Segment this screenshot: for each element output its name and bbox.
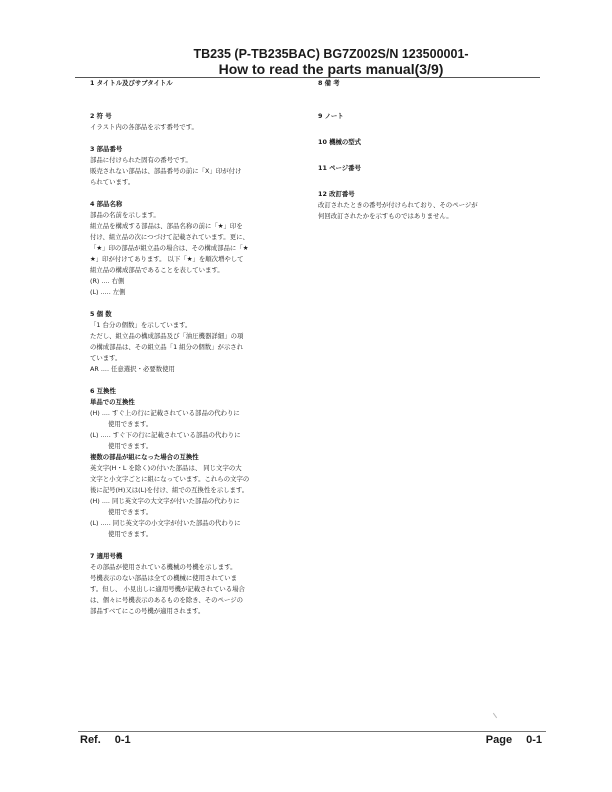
- section-text: 文字と小文字ごとに組になっています。これらの文字の: [90, 474, 310, 485]
- section-text: ただし、組立品の構成部品及び「油圧機器詳細」の項: [90, 331, 310, 342]
- section-3: 3 部品番号 部品に付けられた固有の番号です。 販売されない部品は、部品番号の前…: [90, 144, 310, 188]
- section-title: 10 機械の型式: [318, 137, 538, 148]
- footer-page: Page0-1: [486, 734, 542, 746]
- section-1: 1 タイトル及びサブタイトル: [90, 78, 310, 89]
- subsection-title: 単品での互換性: [90, 397, 310, 408]
- ref-value: 0-1: [115, 734, 131, 746]
- section-text: 「1 台分の個数」を示しています。: [90, 320, 310, 331]
- section-7: 7 適用号機 その部品が使用されている機械の号機を示します。 号機表示のない部品…: [90, 551, 310, 617]
- section-title: 7 適用号機: [90, 551, 310, 562]
- subsection-title: 複数の部品が組になった場合の互換性: [90, 452, 310, 463]
- section-text: 号機表示のない部品は全ての機械に使用されていま: [90, 573, 310, 584]
- section-text: 部品の名前を示します。: [90, 210, 310, 221]
- section-text: られています。: [90, 177, 310, 188]
- section-text: 部品すべてにこの号機が適用されます。: [90, 606, 310, 617]
- ref-label: Ref.: [80, 734, 101, 746]
- section-text: す。但し、 小見出しに適用号機が記載されている場合: [90, 584, 310, 595]
- section-5: 5 個 数 「1 台分の個数」を示しています。 ただし、組立品の構成部品及び「油…: [90, 309, 310, 375]
- section-6: 6 互換性 単品での互換性 (H) .... すぐ上の行に記載されている部品の代…: [90, 386, 310, 540]
- section-text: ています。: [90, 353, 310, 364]
- section-12: 12 改訂番号 改訂されたときの番号が付けられており、そのページが 何回改訂され…: [318, 189, 538, 222]
- section-11: 11 ページ番号: [318, 163, 538, 174]
- section-title: 8 備 考: [318, 78, 538, 89]
- section-4: 4 部品名称 部品の名前を示します。 組立品を構成する部品は、部品名称の前に「★…: [90, 199, 310, 298]
- footer-ref: Ref.0-1: [80, 734, 131, 746]
- document-header-model: TB235 (P-TB235BAC) BG7Z002S/N 123500001-: [0, 47, 612, 61]
- section-text: 英文字(H・L を除く)の付いた部品は、 同じ文字の大: [90, 463, 310, 474]
- section-text: (L) ..... すぐ下の行に記載されている部品の代わりに: [90, 430, 310, 441]
- section-text: 使用できます。: [90, 529, 310, 540]
- section-8: 8 備 考: [318, 78, 538, 89]
- section-text: 使用できます。: [90, 441, 310, 452]
- section-text: 組立品を構成する部品は、部品名称の前に「★」印を: [90, 221, 310, 232]
- section-title: 5 個 数: [90, 309, 310, 320]
- section-text: 後に記号(H)又は(L)を付け、組での互換性を示します。: [90, 485, 310, 496]
- section-10: 10 機械の型式: [318, 137, 538, 148]
- section-title: 6 互換性: [90, 386, 310, 397]
- scan-mark: [493, 713, 497, 718]
- section-title: 9 ノート: [318, 111, 538, 122]
- section-text: (R) .... 右側: [90, 276, 310, 287]
- section-text: (H) .... すぐ上の行に記載されている部品の代わりに: [90, 408, 310, 419]
- left-column: 1 タイトル及びサブタイトル 2 符 号 イラスト内の各部品を示す番号です。 3…: [90, 78, 310, 628]
- section-9: 9 ノート: [318, 111, 538, 122]
- section-title: 11 ページ番号: [318, 163, 538, 174]
- page-value: 0-1: [526, 734, 542, 746]
- section-text: (L) ..... 同じ英文字の小文字が付いた部品の代わりに: [90, 518, 310, 529]
- footer-divider: [78, 731, 546, 732]
- section-text: イラスト内の各部品を示す番号です。: [90, 122, 310, 133]
- section-text: 販売されない部品は、部品番号の前に「X」印が付け: [90, 166, 310, 177]
- section-2: 2 符 号 イラスト内の各部品を示す番号です。: [90, 111, 310, 133]
- section-text: 付け、組立品の次につづけて記載されています。更に、: [90, 232, 310, 243]
- section-title: 2 符 号: [90, 111, 310, 122]
- right-column: 8 備 考 9 ノート 10 機械の型式 11 ページ番号 12 改訂番号 改訂…: [318, 78, 538, 233]
- section-text: の構成部品は、その組立品「1 組分の個数」が示され: [90, 342, 310, 353]
- section-text: 何回改訂されたかを示すものではありません。: [318, 211, 538, 222]
- section-title: 4 部品名称: [90, 199, 310, 210]
- section-text: 改訂されたときの番号が付けられており、そのページが: [318, 200, 538, 211]
- section-text: 「★」印の部品が組立品の場合は、その構成部品に「★: [90, 243, 310, 254]
- section-text: AR .... 任意選択・必要数使用: [90, 364, 310, 375]
- section-text: その部品が使用されている機械の号機を示します。: [90, 562, 310, 573]
- section-title: 3 部品番号: [90, 144, 310, 155]
- section-text: は、個々に号機表示のあるものを除き、そのページの: [90, 595, 310, 606]
- section-text: 使用できます。: [90, 507, 310, 518]
- section-text: ★」印が付けてあります。 以下「★」を順次増やして: [90, 254, 310, 265]
- section-text: 部品に付けられた固有の番号です。: [90, 155, 310, 166]
- section-title: 12 改訂番号: [318, 189, 538, 200]
- document-title: How to read the parts manual(3/9): [0, 61, 612, 77]
- page-label: Page: [486, 734, 512, 746]
- section-text: (L) ..... 左側: [90, 287, 310, 298]
- section-title: 1 タイトル及びサブタイトル: [90, 78, 310, 89]
- section-text: (H) .... 同じ英文字の大文字が付いた部品の代わりに: [90, 496, 310, 507]
- section-text: 使用できます。: [90, 419, 310, 430]
- section-text: 組立品の構成部品であることを表しています。: [90, 265, 310, 276]
